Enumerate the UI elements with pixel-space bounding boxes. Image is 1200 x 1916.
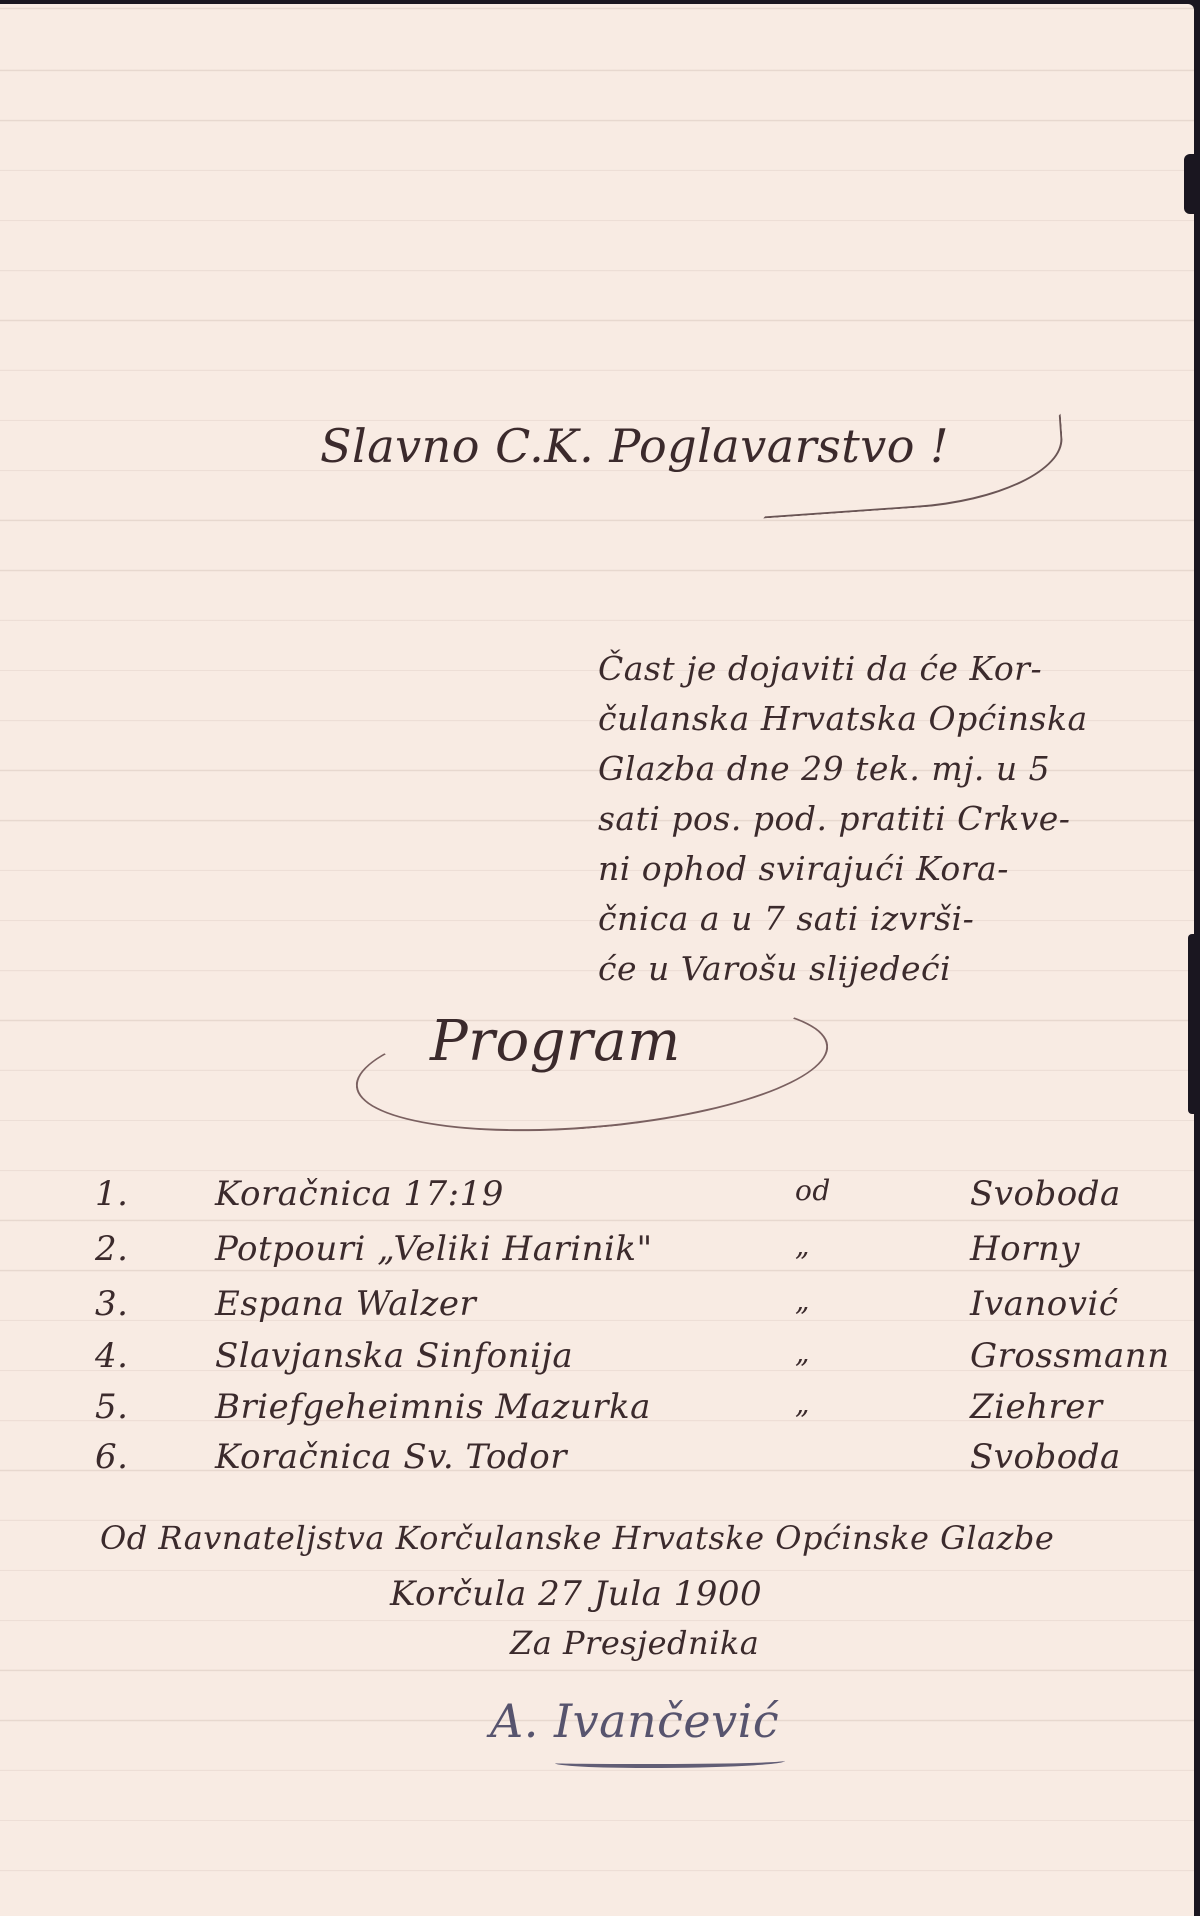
program-number: 4. <box>95 1336 128 1376</box>
edge-stain <box>1188 934 1194 1114</box>
paragraph-line: će u Varošu slijedeći <box>598 944 951 994</box>
program-item: 1. Koračnica 17:19 od Svoboda <box>95 1174 1175 1224</box>
program-item: 6. Koračnica Sv. Todor Svoboda <box>95 1437 1175 1487</box>
edge-stain <box>1184 154 1194 214</box>
program-ditto: „ <box>795 1336 810 1369</box>
program-number: 3. <box>95 1284 128 1324</box>
place-date: Korčula 27 Jula 1900 <box>390 1574 762 1614</box>
program-item: 5. Briefgeheimnis Mazurka „ Ziehrer <box>95 1387 1175 1437</box>
paragraph-line: sati pos. pod. pratiti Crkve- <box>598 794 1070 844</box>
sender-line: Od Ravnateljstva Korčulanske Hrvatske Op… <box>100 1519 1054 1557</box>
program-composer: Grossmann <box>970 1336 1170 1376</box>
program-item: 3. Espana Walzer „ Ivanović <box>95 1284 1175 1334</box>
program-number: 5. <box>95 1387 128 1427</box>
program-number: 6. <box>95 1437 128 1477</box>
paragraph-line: Glazba dne 29 tek. mj. u 5 <box>598 744 1050 794</box>
program-number: 1. <box>95 1174 128 1214</box>
paper-sheet: Slavno C.K. Poglavarstvo ! Čast je dojav… <box>0 4 1194 1916</box>
signature-underline <box>555 1756 785 1768</box>
signature: A. Ivančević <box>490 1694 779 1748</box>
program-title: Koračnica Sv. Todor <box>215 1437 567 1477</box>
program-ditto: „ <box>795 1387 810 1420</box>
paragraph-line: čnica a u 7 sati izvrši- <box>598 894 974 944</box>
program-title: Briefgeheimnis Mazurka <box>215 1387 651 1427</box>
program-title: Slavjanska Sinfonija <box>215 1336 573 1376</box>
program-item: 2. Potpouri „Veliki Harinik" „ Horny <box>95 1229 1175 1279</box>
program-title: Potpouri „Veliki Harinik" <box>215 1229 653 1269</box>
program-composer: Ziehrer <box>970 1387 1103 1427</box>
program-item: 4. Slavjanska Sinfonija „ Grossmann <box>95 1336 1175 1386</box>
paragraph-line: ni ophod svirajući Kora- <box>598 844 1009 894</box>
program-composer: Svoboda <box>970 1174 1121 1214</box>
program-title: Koračnica 17:19 <box>215 1174 504 1214</box>
program-ditto: od <box>795 1174 831 1207</box>
program-number: 2. <box>95 1229 128 1269</box>
program-title: Espana Walzer <box>215 1284 476 1324</box>
program-heading: Program <box>430 1009 681 1074</box>
program-composer: Svoboda <box>970 1437 1121 1477</box>
program-composer: Ivanović <box>970 1284 1118 1324</box>
for-president-label: Za Presjednika <box>510 1624 759 1662</box>
program-ditto: „ <box>795 1229 810 1262</box>
paragraph-line: čulanska Hrvatska Općinska <box>598 694 1088 744</box>
program-composer: Horny <box>970 1229 1080 1269</box>
paragraph-line: Čast je dojaviti da će Kor- <box>598 644 1042 694</box>
program-ditto: „ <box>795 1284 810 1317</box>
